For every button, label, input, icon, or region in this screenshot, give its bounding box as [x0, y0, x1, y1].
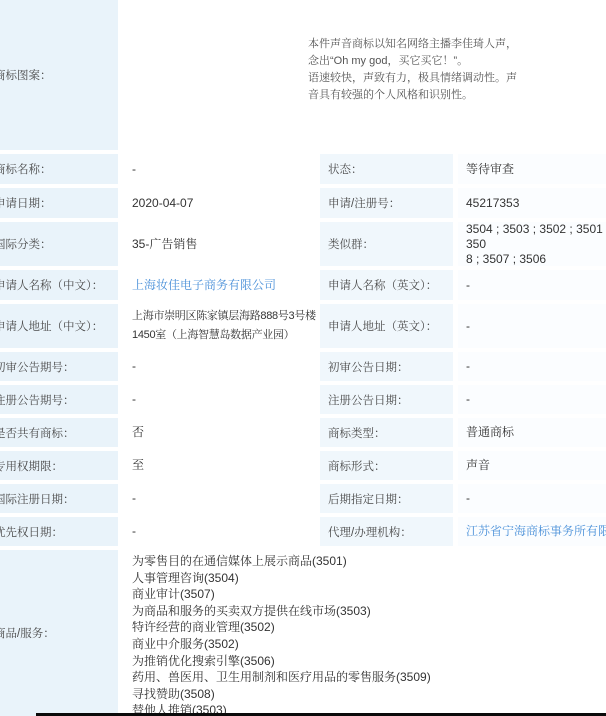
goods-item: 为商品和服务的买卖双方提供在线市场(3503) — [132, 603, 431, 620]
table-row: 申请人地址（中文）： 上海市崇明区陈家镇层海路888号3号楼 1450室（上海智… — [0, 304, 606, 348]
value-cell-applicant-cn: 上海妆佳电子商务有限公司 — [124, 270, 316, 300]
reg-gazette-date-label: 注册公告日期： — [328, 392, 409, 408]
address-cn-label: 申请人地址（中文）： — [0, 318, 103, 334]
label-cell-exclusive-period: 专用权期限： — [0, 451, 118, 480]
table-row: 国际分类： 35-广告销售 类似群： 3504 ; 3503 ; 3502 ; … — [0, 222, 606, 266]
value-cell-status: 等待审查 — [458, 154, 606, 184]
label-cell-first-gazette-date: 初审公告日期： — [320, 352, 453, 381]
value-cell-apply-date: 2020-04-07 — [124, 188, 316, 218]
goods-item: 人事管理咨询(3504) — [132, 570, 431, 587]
label-cell-mark-type: 商标类型： — [320, 418, 453, 447]
address-cn-value: 上海市崇明区陈家镇层海路888号3号楼 1450室（上海智慧岛数据产业园） — [132, 307, 316, 345]
table-row: 是否共有商标： 否 商标类型： 普通商标 — [0, 418, 606, 447]
intl-reg-date-label: 国际注册日期： — [0, 491, 75, 507]
table-row: 优先权日期： - 代理/办理机构： 江苏省宁海商标事务所有限公司 — [0, 517, 606, 546]
mark-type-label: 商标类型： — [328, 425, 386, 441]
applicant-en-label: 申请人名称（英文）： — [328, 277, 437, 293]
similar-group-value: 3504 ; 3503 ; 3502 ; 3501 ; 3509 ; 350 8… — [466, 222, 606, 267]
later-designation-value: - — [466, 491, 470, 506]
value-cell-reg-gazette-date: - — [458, 385, 606, 414]
value-cell-first-gazette-no: - — [124, 352, 316, 381]
value-cell-exclusive-period: 至 — [124, 451, 316, 480]
label-cell-trademark-image: 商标图案： — [0, 0, 118, 150]
label-cell-trademark-name: 商标名称： — [0, 154, 118, 184]
applicant-en-value: - — [466, 278, 470, 293]
first-gazette-no-label: 初审公告期号： — [0, 359, 75, 375]
trademark-image-label: 商标图案： — [0, 67, 52, 83]
status-value: 等待审查 — [466, 162, 514, 177]
goods-item: 为推销优化搜索引擎(3506) — [132, 653, 431, 670]
status-label: 状态： — [328, 161, 363, 177]
intl-reg-date-value: - — [132, 491, 136, 506]
later-designation-label: 后期指定日期： — [328, 491, 409, 507]
label-cell-goods-services: 商品/服务： — [0, 550, 118, 716]
label-cell-applicant-en: 申请人名称（英文）： — [320, 270, 453, 300]
applicant-company-link[interactable]: 上海妆佳电子商务有限公司 — [132, 278, 276, 293]
value-cell-later-designation: - — [458, 484, 606, 513]
label-cell-reg-gazette-date: 注册公告日期： — [320, 385, 453, 414]
goods-services-label: 商品/服务： — [0, 625, 55, 641]
first-gazette-no-value: - — [132, 359, 136, 374]
reg-gazette-date-value: - — [466, 392, 470, 407]
label-cell-status: 状态： — [320, 154, 453, 184]
table-row: 商标名称： - 状态： 等待审查 — [0, 154, 606, 184]
value-cell-address-en: - — [458, 304, 606, 348]
sound-mark-description: 本件声音商标以知名网络主播李佳琦人声， 念出“Oh my god，买它买它！”。… — [308, 36, 548, 104]
mark-form-label: 商标形式： — [328, 458, 386, 474]
label-cell-intl-reg-date: 国际注册日期： — [0, 484, 118, 513]
goods-item: 寻找赞助(3508) — [132, 686, 431, 703]
value-cell-priority-date: - — [124, 517, 316, 546]
value-cell-first-gazette-date: - — [458, 352, 606, 381]
value-cell-mark-type: 普通商标 — [458, 418, 606, 447]
goods-services-cell: 为零售目的在通信媒体上展示商品(3501)人事管理咨询(3504)商业审计(35… — [124, 550, 606, 716]
priority-date-label: 优先权日期： — [0, 524, 63, 540]
table-row: 申请人名称（中文）： 上海妆佳电子商务有限公司 申请人名称（英文）： - — [0, 270, 606, 300]
apply-date-label: 申请日期： — [0, 195, 52, 211]
value-cell-trademark-name: - — [124, 154, 316, 184]
trademark-detail-page: 商标图案： 本件声音商标以知名网络主播李佳琦人声， 念出“Oh my god，买… — [0, 0, 606, 716]
table-row-trademark-image: 商标图案： 本件声音商标以知名网络主播李佳琦人声， 念出“Oh my god，买… — [0, 0, 606, 150]
label-cell-agency: 代理/办理机构： — [320, 517, 453, 546]
goods-item: 药用、兽医用、卫生用制剂和医疗用品的零售服务(3509) — [132, 669, 431, 686]
value-cell-applicant-en: - — [458, 270, 606, 300]
goods-item: 商业审计(3507) — [132, 586, 431, 603]
label-cell-reg-number: 申请/注册号： — [320, 188, 453, 218]
value-cell-intl-class: 35-广告销售 — [124, 222, 316, 266]
reg-number-label: 申请/注册号： — [328, 195, 400, 211]
reg-gazette-no-value: - — [132, 392, 136, 407]
trademark-info-table: 商标图案： 本件声音商标以知名网络主播李佳琦人声， 念出“Oh my god，买… — [0, 0, 606, 716]
shared-mark-value: 否 — [132, 425, 144, 440]
reg-number-value: 45217353 — [466, 196, 519, 211]
trademark-name-value: - — [132, 162, 136, 177]
table-row: 申请日期： 2020-04-07 申请/注册号： 45217353 — [0, 188, 606, 218]
label-cell-first-gazette-no: 初审公告期号： — [0, 352, 118, 381]
label-cell-intl-class: 国际分类： — [0, 222, 118, 266]
label-cell-priority-date: 优先权日期： — [0, 517, 118, 546]
value-cell-shared-mark: 否 — [124, 418, 316, 447]
value-cell-reg-gazette-no: - — [124, 385, 316, 414]
mark-type-value: 普通商标 — [466, 425, 514, 440]
goods-item: 为零售目的在通信媒体上展示商品(3501) — [132, 553, 431, 570]
label-cell-applicant-cn: 申请人名称（中文）： — [0, 270, 118, 300]
applicant-cn-label: 申请人名称（中文）： — [0, 277, 103, 293]
shared-mark-label: 是否共有商标： — [0, 425, 75, 441]
value-cell-similar-group: 3504 ; 3503 ; 3502 ; 3501 ; 3509 ; 350 8… — [458, 222, 606, 266]
label-cell-similar-group: 类似群： — [320, 222, 453, 266]
first-gazette-date-value: - — [466, 359, 470, 374]
reg-gazette-no-label: 注册公告期号： — [0, 392, 75, 408]
mark-form-value: 声音 — [466, 458, 490, 473]
value-cell-address-cn: 上海市崇明区陈家镇层海路888号3号楼 1450室（上海智慧岛数据产业园） — [124, 304, 316, 348]
apply-date-value: 2020-04-07 — [132, 196, 193, 211]
label-cell-shared-mark: 是否共有商标： — [0, 418, 118, 447]
table-row: 专用权期限： 至 商标形式： 声音 — [0, 451, 606, 480]
goods-services-list: 为零售目的在通信媒体上展示商品(3501)人事管理咨询(3504)商业审计(35… — [124, 550, 431, 716]
priority-date-value: - — [132, 524, 136, 539]
trademark-image-cell: 本件声音商标以知名网络主播李佳琦人声， 念出“Oh my god，买它买它！”。… — [124, 0, 606, 150]
similar-group-label: 类似群： — [328, 236, 374, 252]
value-cell-reg-number: 45217353 — [458, 188, 606, 218]
agency-label: 代理/办理机构： — [328, 524, 412, 540]
intl-class-value: 35-广告销售 — [132, 237, 197, 252]
exclusive-period-label: 专用权期限： — [0, 458, 63, 474]
exclusive-period-value: 至 — [132, 458, 144, 473]
table-row: 国际注册日期： - 后期指定日期： - — [0, 484, 606, 513]
address-en-value: - — [466, 319, 470, 334]
label-cell-address-cn: 申请人地址（中文）： — [0, 304, 118, 348]
label-cell-later-designation: 后期指定日期： — [320, 484, 453, 513]
intl-class-label: 国际分类： — [0, 236, 52, 252]
goods-item: 商业中介服务(3502) — [132, 636, 431, 653]
label-cell-reg-gazette-no: 注册公告期号： — [0, 385, 118, 414]
value-cell-agency: 江苏省宁海商标事务所有限公司 — [458, 517, 606, 546]
label-cell-address-en: 申请人地址（英文）： — [320, 304, 453, 348]
agency-link[interactable]: 江苏省宁海商标事务所有限公司 — [466, 524, 606, 539]
table-row: 初审公告期号： - 初审公告日期： - — [0, 352, 606, 381]
first-gazette-date-label: 初审公告日期： — [328, 359, 409, 375]
value-cell-mark-form: 声音 — [458, 451, 606, 480]
value-cell-intl-reg-date: - — [124, 484, 316, 513]
trademark-name-label: 商标名称： — [0, 161, 52, 177]
goods-item: 特许经营的商业管理(3502) — [132, 619, 431, 636]
table-row-goods-services: 商品/服务： 为零售目的在通信媒体上展示商品(3501)人事管理咨询(3504)… — [0, 550, 606, 716]
label-cell-mark-form: 商标形式： — [320, 451, 453, 480]
table-row: 注册公告期号： - 注册公告日期： - — [0, 385, 606, 414]
label-cell-apply-date: 申请日期： — [0, 188, 118, 218]
address-en-label: 申请人地址（英文）： — [328, 318, 437, 334]
